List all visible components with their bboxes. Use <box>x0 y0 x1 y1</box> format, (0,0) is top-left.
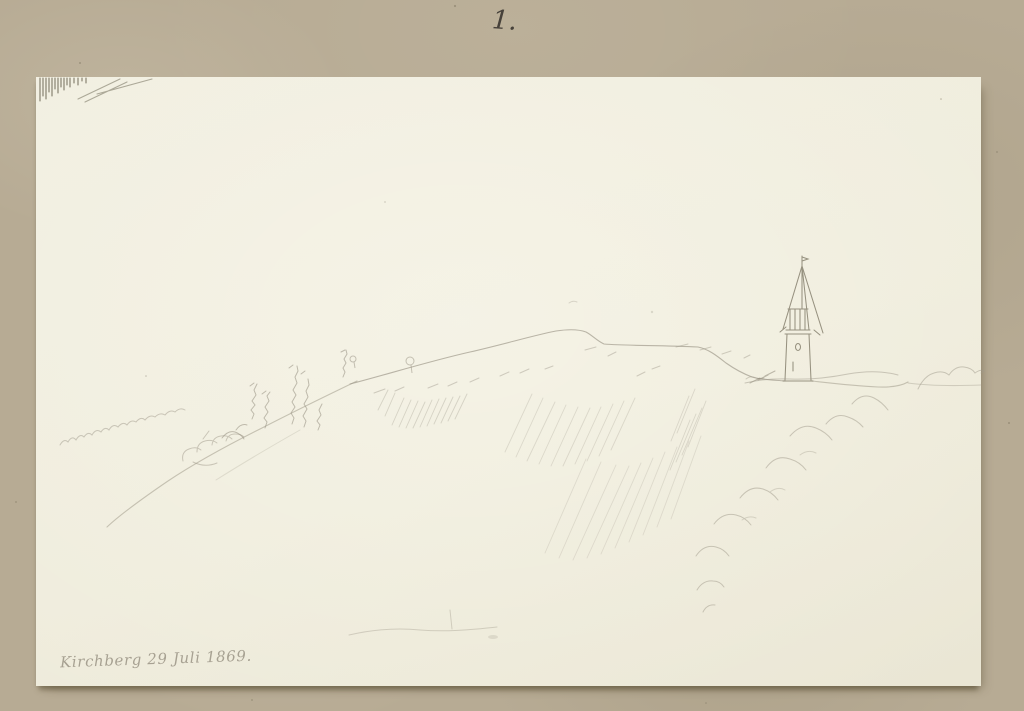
scanned-artwork: 1. Kirchberg 29 Juli 1869. <box>0 0 1024 711</box>
mount-number-label: 1. <box>491 5 518 37</box>
artwork-paper <box>36 77 981 686</box>
